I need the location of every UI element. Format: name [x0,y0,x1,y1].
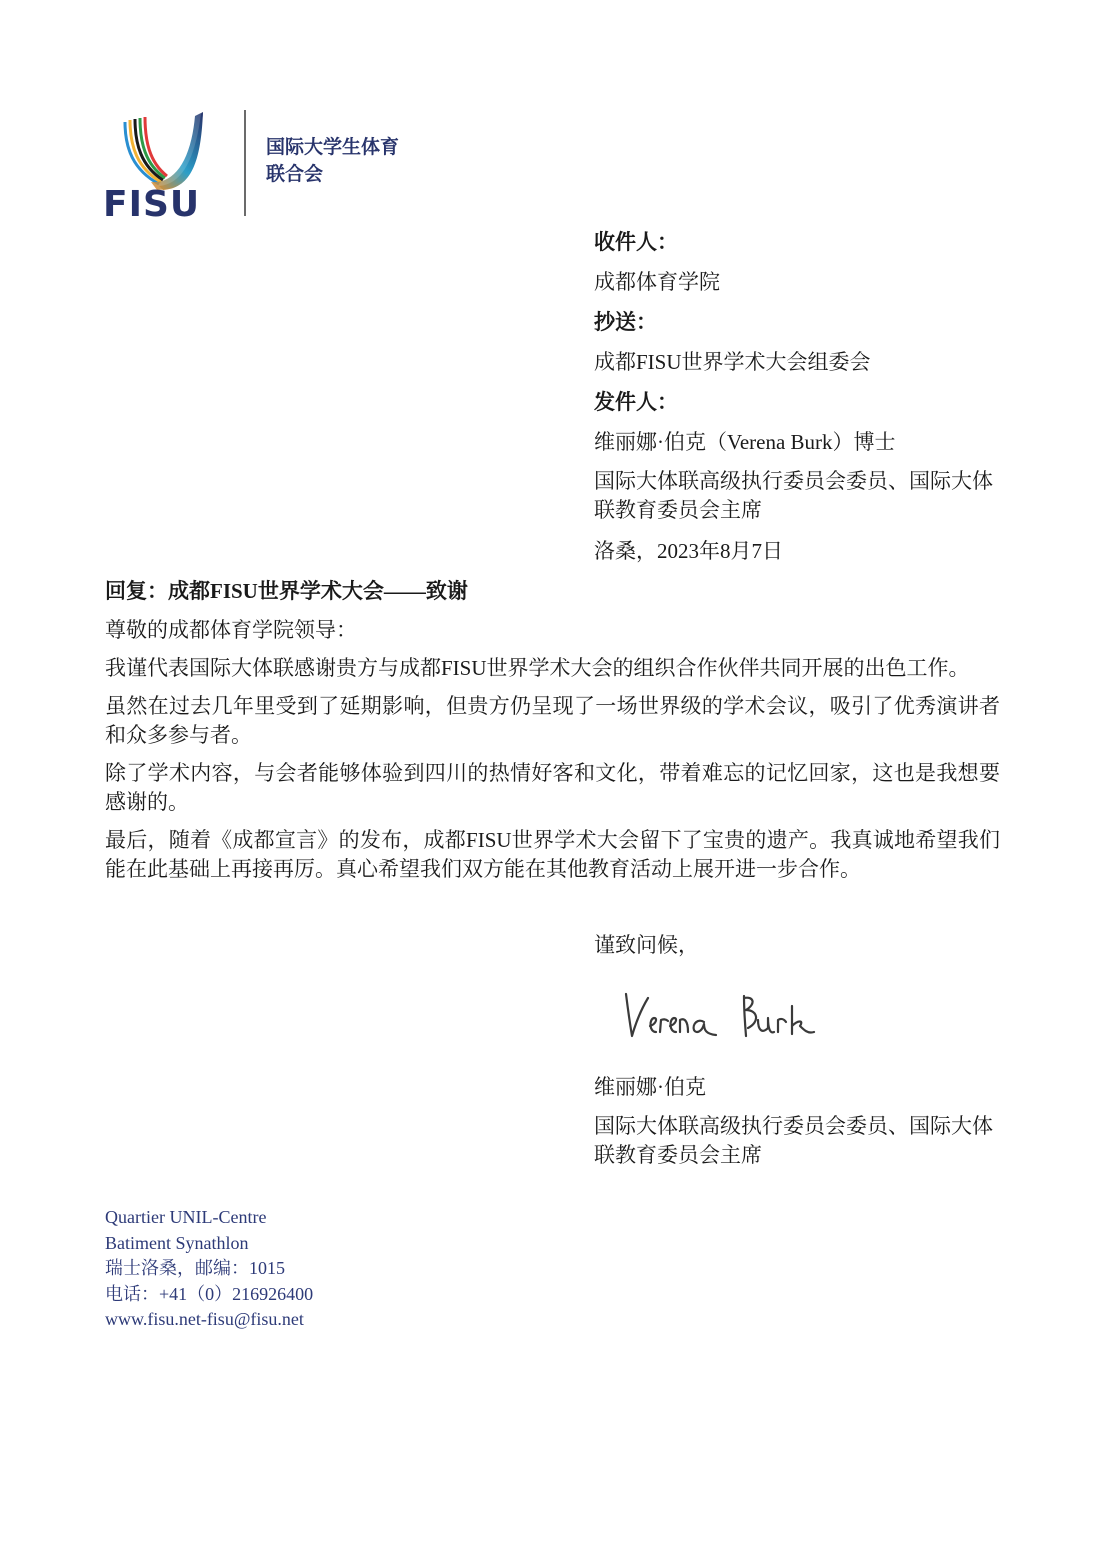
recipient-block: 收件人： 成都体育学院 抄送： 成都FISU世界学术大会组委会 发件人： 维丽娜… [594,227,1004,576]
fisu-logo-icon: FISU [103,108,225,218]
paragraph: 除了学术内容，与会者能够体验到四川的热情好客和文化，带着难忘的记忆回家，这也是我… [105,759,1000,817]
signature-icon [620,988,830,1048]
signer-title: 国际大体联高级执行委员会委员、国际大体联教育委员会主席 [594,1112,1004,1170]
handwritten-signature [620,988,830,1048]
cc-value: 成都FISU世界学术大会组委会 [594,347,1004,387]
from-name: 维丽娜·伯克（Verena Burk）博士 [594,427,1004,467]
salutation: 尊敬的成都体育学院领导： [105,615,1000,645]
letter-page: FISU 国际大学生体育 联合会 收件人： 成都体育学院 抄送： 成都FISU世… [0,0,1102,1559]
org-name-line-1: 国际大学生体育 [266,134,446,161]
org-name: 国际大学生体育 联合会 [266,134,446,188]
to-label: 收件人： [594,227,1004,267]
footer-line-web: www.fisu.net-fisu@fisu.net [105,1307,313,1333]
paragraph: 最后，随着《成都宣言》的发布，成都FISU世界学术大会留下了宝贵的遗产。我真诚地… [105,826,1000,884]
logo-divider [244,110,246,216]
from-label: 发件人： [594,387,1004,427]
footer-line-phone: 电话：+41（0）216926400 [105,1282,313,1308]
org-name-line-2: 联合会 [266,161,446,188]
paragraph: 我谨代表国际大体联感谢贵方与成都FISU世界学术大会的组织合作伙伴共同开展的出色… [105,654,1000,683]
letter-body: 回复：成都FISU世界学术大会——致谢 尊敬的成都体育学院领导： 我谨代表国际大… [105,576,1000,893]
footer-address: Quartier UNIL-Centre Batiment Synathlon … [105,1205,313,1333]
footer-line-street: Quartier UNIL-Centre [105,1205,313,1231]
place-date: 洛桑，2023年8月7日 [594,536,1004,576]
footer-line-building: Batiment Synathlon [105,1231,313,1257]
svg-text:FISU: FISU [103,184,200,218]
closing: 谨致问候， [594,930,699,960]
footer-line-city: 瑞士洛桑，邮编：1015 [105,1256,313,1282]
signer-block: 维丽娜·伯克 国际大体联高级执行委员会委员、国际大体联教育委员会主席 [594,1072,1004,1170]
paragraph: 虽然在过去几年里受到了延期影响，但贵方仍呈现了一场世界级的学术会议，吸引了优秀演… [105,692,1000,750]
signer-name: 维丽娜·伯克 [594,1072,1004,1112]
subject-line: 回复：成都FISU世界学术大会——致谢 [105,576,1000,606]
cc-label: 抄送： [594,307,1004,347]
to-value: 成都体育学院 [594,267,1004,307]
from-title: 国际大体联高级执行委员会委员、国际大体联教育委员会主席 [594,467,1004,536]
fisu-logo: FISU [103,108,225,218]
